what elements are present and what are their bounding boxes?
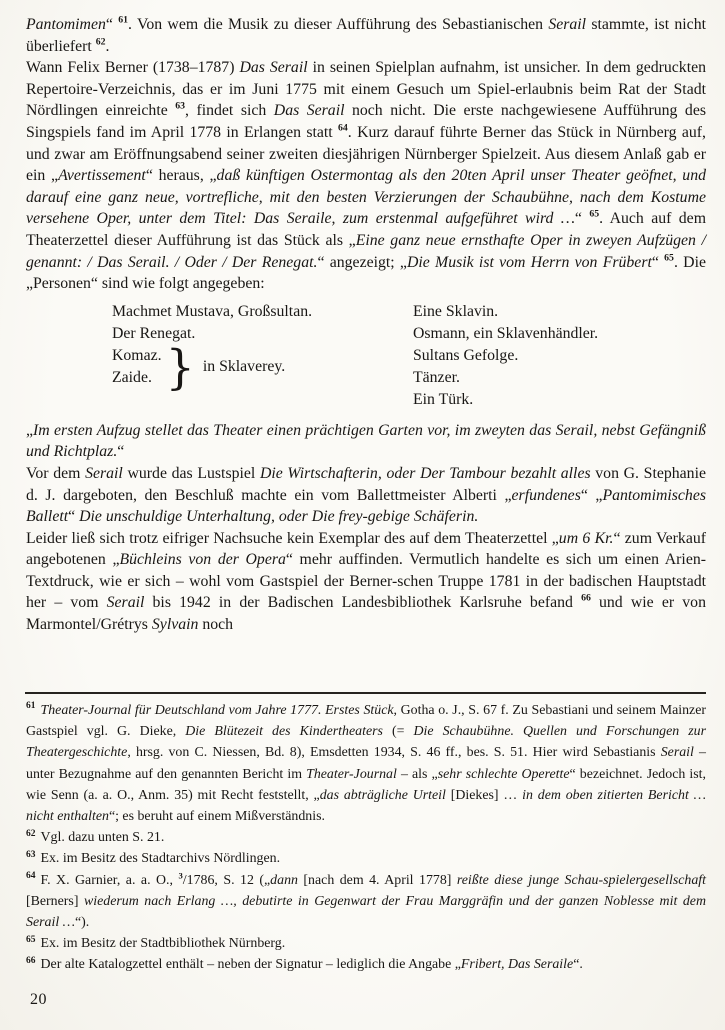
footnote-marker: 62 bbox=[26, 829, 36, 839]
cast-right-column: Eine Sklavin. Osmann, ein Sklavenhändler… bbox=[413, 301, 598, 411]
cast-entry: Zaide. bbox=[112, 367, 162, 389]
footnote: 63Ex. im Besitz des Stadtarchivs Nördlin… bbox=[26, 848, 706, 869]
footnote-text: Theater-Journal für Deutschland vom Jahr… bbox=[26, 703, 706, 824]
cast-brace-names: Komaz. Zaide. bbox=[112, 345, 162, 389]
page-number: 20 bbox=[30, 991, 47, 1009]
cast-entry: Tänzer. bbox=[413, 367, 598, 389]
cast-brace-group: Komaz. Zaide. } in Sklaverey. bbox=[112, 345, 413, 389]
cast-list: Machmet Mustava, Großsultan. Der Renegat… bbox=[112, 301, 706, 411]
footnote: 65Ex. im Besitz der Stadtbibliothek Nürn… bbox=[26, 933, 706, 954]
cast-entry: Komaz. bbox=[112, 345, 162, 367]
book-page: Pantomimen“ 61. Von wem die Musik zu die… bbox=[0, 0, 725, 1030]
footnote-text: F. X. Garnier, a. a. O., 3/1786, S. 12 (… bbox=[26, 873, 706, 930]
body-paragraph: Wann Felix Berner (1738–1787) Das Serail… bbox=[26, 57, 706, 295]
footnote-marker: 65 bbox=[26, 935, 36, 945]
brace-glyph: } bbox=[166, 344, 195, 389]
footnote-marker: 61 bbox=[26, 701, 36, 711]
cast-entry: Osmann, ein Sklavenhändler. bbox=[413, 323, 598, 345]
footnote-text: Ex. im Besitz des Stadtarchivs Nördlinge… bbox=[41, 851, 281, 866]
cast-entry: Ein Türk. bbox=[413, 389, 598, 411]
footnote-text: Ex. im Besitz der Stadtbibliothek Nürnbe… bbox=[41, 936, 286, 951]
body-paragraph: Leider ließ sich trotz eifriger Nachsuch… bbox=[26, 528, 706, 636]
footnote-marker: 63 bbox=[26, 850, 36, 860]
cast-brace-label: in Sklaverey. bbox=[203, 356, 285, 378]
footnote: 66Der alte Katalogzettel enthält – neben… bbox=[26, 954, 706, 975]
body-paragraph: Vor dem Serail wurde das Lustspiel Die W… bbox=[26, 463, 706, 528]
body-text: Pantomimen“ 61. Von wem die Musik zu die… bbox=[26, 14, 706, 636]
footnotes-section: 61Theater-Journal für Deutschland vom Ja… bbox=[26, 700, 706, 976]
footnote: 62Vgl. dazu unten S. 21. bbox=[26, 827, 706, 848]
footnote-text: Vgl. dazu unten S. 21. bbox=[41, 830, 165, 845]
cast-entry: Machmet Mustava, Großsultan. bbox=[112, 301, 413, 323]
footnote-marker: 66 bbox=[26, 956, 36, 966]
footnote: 64F. X. Garnier, a. a. O., 3/1786, S. 12… bbox=[26, 870, 706, 934]
footnote-marker: 64 bbox=[26, 871, 36, 881]
cast-entry: Der Renegat. bbox=[112, 323, 413, 345]
footnote-separator bbox=[25, 692, 706, 694]
cast-entry: Sultans Gefolge. bbox=[413, 345, 598, 367]
cast-entry: Eine Sklavin. bbox=[413, 301, 598, 323]
footnote: 61Theater-Journal für Deutschland vom Ja… bbox=[26, 700, 706, 827]
cast-left-column: Machmet Mustava, Großsultan. Der Renegat… bbox=[112, 301, 413, 389]
footnote-text: Der alte Katalogzettel enthält – neben d… bbox=[41, 957, 583, 972]
body-paragraph: Pantomimen“ 61. Von wem die Musik zu die… bbox=[26, 14, 706, 57]
body-paragraph: „Im ersten Aufzug stellet das Theater ei… bbox=[26, 420, 706, 463]
